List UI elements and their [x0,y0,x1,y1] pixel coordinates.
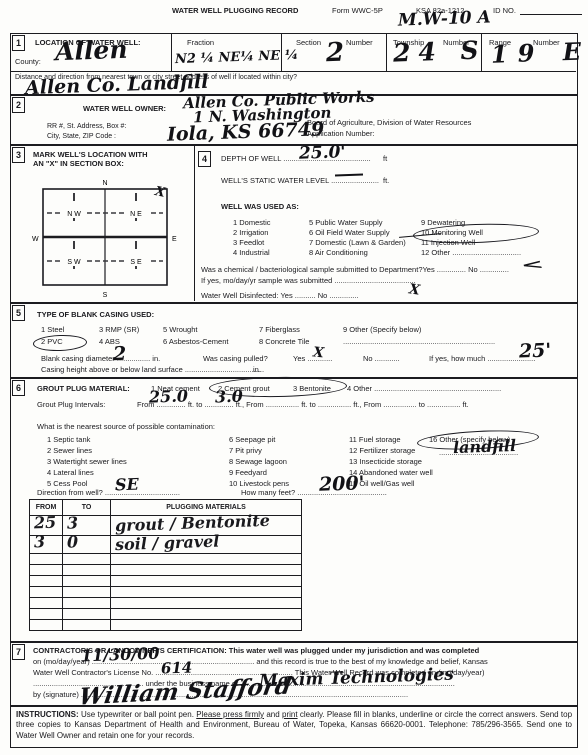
range-value: 19 E [491,39,588,66]
if-yes-sample-date-line: If yes, mo/day/yr sample was submitted .… [201,277,416,286]
section-7-certification: 7 CONTRACTOR'S OR LANDOWNER'S CERTIFICAT… [10,642,578,706]
chemical-sample-no-mark: < [519,258,545,272]
depth-unit: ft [383,155,387,164]
divider [194,146,195,301]
instructions-text: INSTRUCTIONS: Use typewriter or ball poi… [11,707,577,744]
water-well-plugging-record-form: WATER WELL PLUGGING RECORD Form WWC-5P K… [0,0,588,755]
board-label: Board of Agriculture, Division of Water … [307,119,471,128]
contam-insecticide: 13 Insecticide storage [349,458,422,467]
section-5-title: TYPE OF BLANK CASING USED: [37,311,154,320]
cell-material-2: soil / gravel [111,536,302,554]
contam-septic: 1 Septic tank [47,436,90,445]
city-label: City, State, ZIP Code : [47,133,116,141]
table-row [30,587,302,598]
empty-cell [63,598,111,609]
use-feedlot: 3 Feedlot [233,239,264,248]
casing-other-dots: ........................................… [343,338,495,347]
interval-from-value: 25.0 [149,388,189,405]
id-no-line [520,14,582,15]
section-6-grout: 6 GROUT PLUG MATERIAL: 1 Neat cement 2 C… [10,378,578,642]
svg-text:E: E [172,236,177,243]
section-6-number: 6 [12,380,25,396]
svg-text:N E: N E [130,211,142,218]
owner-label: WATER WELL OWNER: [83,105,166,114]
empty-cell [111,565,302,576]
section-5-casing: 5 TYPE OF BLANK CASING USED: 1 Steel 3 R… [10,303,578,378]
direction-label: Direction from well? ...................… [37,489,180,498]
direction-value: SE [115,477,139,494]
casing-height-unit: in. [253,366,261,375]
contam-watertight: 3 Watertight sewer lines [47,458,127,467]
empty-cell [111,554,302,565]
contam-sewer: 2 Sewer lines [47,447,92,456]
contam-seepage: 6 Seepage pit [229,436,275,445]
contam-lateral: 4 Lateral lines [47,469,94,478]
use-domestic-lawn: 7 Domestic (Lawn & Garden) [309,239,406,248]
contam-other-value: landfill [453,438,517,456]
fraction-value: N2 ¼ NE¼ NE ¼ [175,49,299,66]
empty-cell [63,576,111,587]
empty-cell [30,565,63,576]
casing-diameter-value: 2 [113,345,127,364]
interval-to-value: 3.0 [215,389,243,406]
empty-cell [30,554,63,565]
depth-of-well-line: DEPTH OF WELL ..........................… [221,155,371,164]
section-2-owner: 2 WATER WELL OWNER: RR #, St. Address, B… [10,95,578,145]
disinfected-question: Water Well Disinfected: Yes .......... N… [201,292,359,301]
fraction-label: Fraction [187,39,214,48]
instructions-underline-2: print [282,710,298,719]
empty-cell [30,576,63,587]
id-no-label: ID NO. [493,7,516,16]
svg-text:S E: S E [130,259,142,266]
empty-cell [111,609,302,620]
empty-cell [30,609,63,620]
table-row [30,576,302,587]
svg-text:S: S [103,292,108,298]
section-col-label: Section [296,39,321,48]
county-label: County: [15,58,41,67]
casing-asbestos: 6 Asbestos-Cement [163,338,228,347]
instructions-box: INSTRUCTIONS: Use typewriter or ball poi… [10,706,578,748]
instructions-t2: and [264,710,282,719]
divider [386,34,387,71]
disinfected-no-mark: X [408,282,421,297]
use-industrial: 4 Industrial [233,249,270,258]
well-used-as-label: WELL WAS USED AS: [221,203,299,212]
use-oil-field: 6 Oil Field Water Supply [309,229,390,238]
empty-cell [63,620,111,631]
empty-cell [30,620,63,631]
how-many-feet-label: How many feet? .........................… [241,489,387,498]
section-7-number: 7 [12,644,25,660]
table-row [30,554,302,565]
table-row: 3 0 soil / gravel [30,536,302,554]
svg-text:S W: S W [67,259,81,266]
casing-pulled-no: No ............ [363,355,400,364]
section-3-number: 3 [12,147,25,163]
use-domestic: 1 Domestic [233,219,271,228]
empty-cell [30,598,63,609]
section-2-number: 2 [12,97,25,113]
section-5-number: 5 [12,305,25,321]
instructions-t1: Use typewriter or ball point pen. [79,710,197,719]
svg-text:W: W [32,236,39,243]
svg-text:N: N [102,180,107,187]
cell-to-2: 0 [63,536,111,554]
section-4-number: 4 [198,151,211,167]
divider [171,34,172,71]
chemical-sample-question: Was a chemical / bacteriological sample … [201,266,509,275]
pvc-circle-mark [33,334,88,352]
empty-cell [63,565,111,576]
how-many-feet-value: 200' [319,474,365,495]
table-row [30,609,302,620]
casing-height-label: Casing height above or below land surfac… [41,366,264,375]
use-irrigation: 2 Irrigation [233,229,268,238]
section-number-label: Number [346,39,373,48]
section-1-number: 1 [12,35,25,51]
mark-well-title-2: AN "X" IN SECTION BOX: [33,160,124,169]
township-value: 24 S [393,37,487,65]
table-row [30,598,302,609]
contam-feedyard: 9 Feedyard [229,469,267,478]
empty-cell [111,587,302,598]
empty-cell [111,598,302,609]
form-number: Form WWC-5P [332,7,383,16]
casing-rmp: 3 RMP (SR) [99,326,139,335]
how-much-value: 25' [519,341,552,361]
contamination-label: What is the nearest source of possible c… [37,423,215,432]
id-no-handwritten: M.W-10 A [398,9,491,29]
city-value: Iola, KS 66749 [167,120,325,144]
cell-from-2: 3 [30,536,63,554]
section-6-title: GROUT PLUG MATERIAL: [37,385,130,394]
instructions-underline-1: Please press firmly [196,710,264,719]
table-row [30,565,302,576]
use-other: 12 Other ...............................… [421,249,521,258]
static-level-unit: ft. [383,177,389,186]
static-level-line: WELL'S STATIC WATER LEVEL ..............… [221,177,379,186]
plugging-materials-table: FROM TO PLUGGING MATERIALS 25 3 grout / … [29,499,302,631]
casing-wrought: 5 Wrought [163,326,197,335]
contam-fuel: 11 Fuel storage [349,436,401,445]
county-value: Allen [55,37,128,65]
empty-cell [30,587,63,598]
use-air-conditioning: 8 Air Conditioning [309,249,368,258]
empty-cell [111,620,302,631]
depth-value: 25.0' [299,144,346,163]
empty-cell [111,576,302,587]
empty-cell [63,609,111,620]
casing-diameter-label: Blank casing diameter ................ i… [41,355,160,364]
intervals-label: Grout Plug Intervals: [37,401,105,410]
divider [11,71,576,72]
casing-steel: 1 Steel [41,326,64,335]
empty-cell [63,587,111,598]
grout-other: 4 Other ................................… [347,385,501,394]
svg-text:N W: N W [67,211,81,218]
section-1-location: 1 LOCATION OF WATER WELL: County: Allen … [10,33,578,95]
contam-fertilizer: 12 Fertilizer storage [349,447,415,456]
table-row [30,620,302,631]
instructions-label: INSTRUCTIONS: [16,710,79,719]
form-title: WATER WELL PLUGGING RECORD [172,7,298,16]
casing-other: 9 Other (Specify below) [343,326,421,335]
section-3-4: 3 MARK WELL'S LOCATION WITH AN "X" IN SE… [10,145,578,303]
casing-fiberglass: 7 Fiberglass [259,326,300,335]
section-value: 2 [326,40,345,67]
casing-pulled-yes-mark: X [312,345,324,360]
casing-pulled-label: Was casing pulled? [203,355,268,364]
address-label: RR #, St. Address, Box #: [47,123,126,131]
use-public-water: 5 Public Water Supply [309,219,383,228]
contam-privy: 7 Pit privy [229,447,262,456]
license-value: 614 [161,660,193,676]
casing-concrete: 8 Concrete Tile [259,338,309,347]
contam-lagoon: 8 Sewage lagoon [229,458,287,467]
empty-cell [63,554,111,565]
completed-date-value: 11/30/00 [81,646,160,665]
